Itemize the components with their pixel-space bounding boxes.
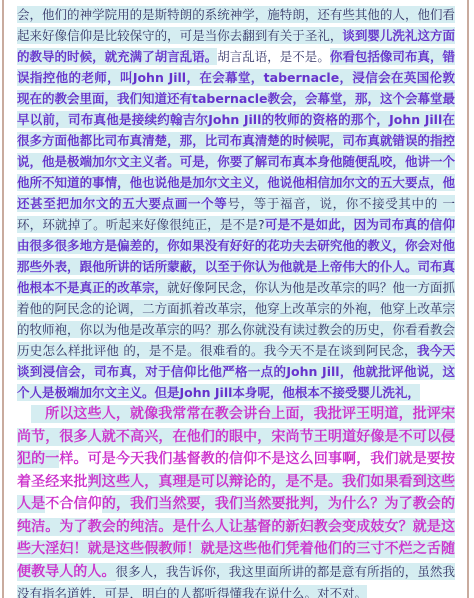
transcript-paragraph-2: 所以这些人，就像我常常在教会讲台上面，我批评王明道，批评宋尚节，很多人就不高兴，… (17, 403, 455, 598)
transcript-paragraph-1: 会，他们的神学院用的是斯特朗的系统神学，施特朗，还有些其他的人，他们看起来好像信… (17, 4, 455, 403)
text-run: 你看包括像司布真，错误指控他的老师，叫John Jill，在会幕堂，tabern… (17, 48, 455, 212)
document-viewport: 会，他们的神学院用的是斯特朗的系统神学，施特朗，还有些其他的人，他们看起来好像信… (0, 0, 474, 598)
document-page: 会，他们的神学院用的是斯特朗的系统神学，施特朗，还有些其他的人，他们看起来好像信… (2, 0, 469, 598)
text-run: 胡言乱语，是不是。 (217, 49, 330, 64)
text-run: 不合信仰 (45, 496, 102, 512)
